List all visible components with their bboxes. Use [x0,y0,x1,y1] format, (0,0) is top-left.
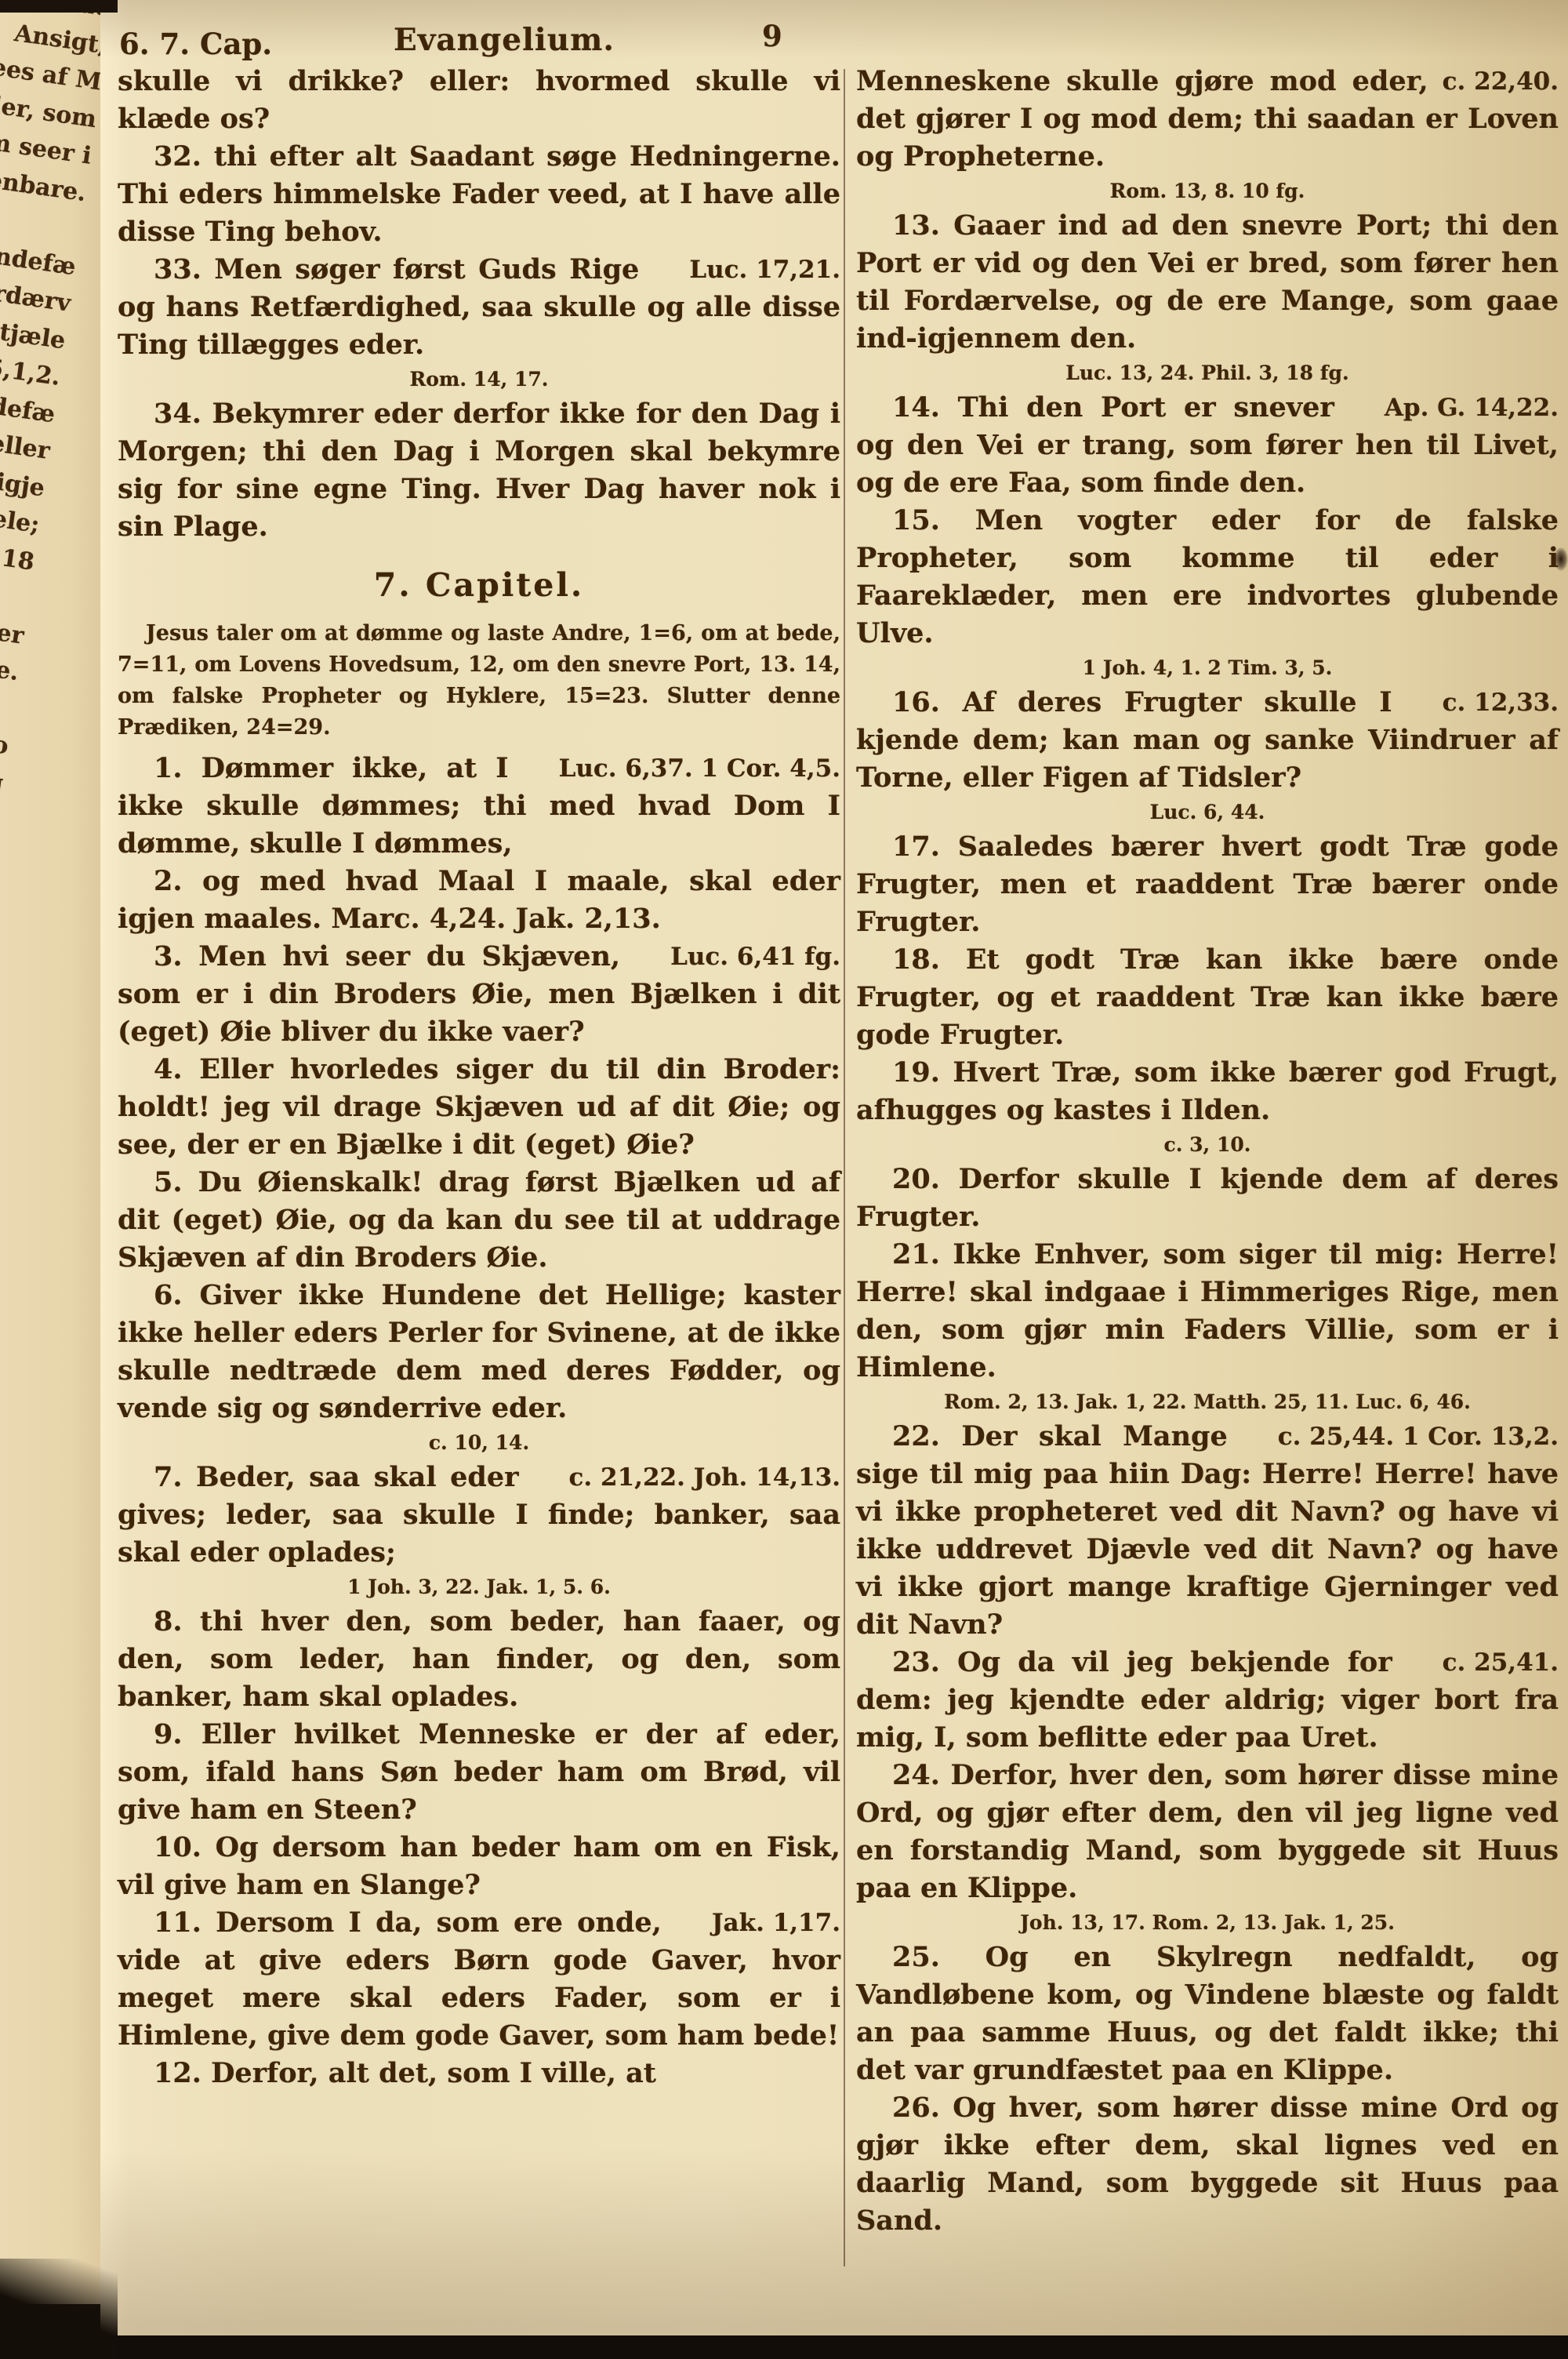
photo-edge-shadow-top [0,0,118,13]
photo-edge-shadow-bottom [0,2259,118,2359]
book-page-photo: er duAnsigt,ikke sees af Mdin Fader, som… [0,0,1568,2359]
verse-paragraph: 19. Hvert Træ, som ikke bærer god Frugt,… [856,1054,1559,1129]
verse-paragraph: c. 25,41.23. Og da vil jeg bekjende for … [856,1644,1559,1757]
reference-line: Luc. 6, 44. [856,797,1559,828]
gutter-fragment-text: er duAnsigt,ikke sees af Mdin Fader, som… [0,11,114,2204]
verse-paragraph: skulle vi drikke? eller: hvormed skulle … [118,63,840,138]
reference-line: 1 Joh. 4, 1. 2 Tim. 3, 5. [856,652,1559,684]
verse-paragraph: Luc. 17,21.33. Men søger først Guds Rige… [118,251,840,364]
verse-paragraph: Luc. 6,37. 1 Cor. 4,5.1. Dømmer ikke, at… [118,750,840,863]
reference-line: Rom. 14, 17. [118,364,840,395]
verse-reference: Ap. G. 14,22. [1348,389,1559,427]
verse-paragraph: 34. Bekymrer eder derfor ikke for den Da… [118,395,840,546]
verse-paragraph: 17. Saaledes bærer hvert godt Træ gode F… [856,828,1559,941]
verse-paragraph: 24. Derfor, hver den, som hører disse mi… [856,1757,1559,1907]
verse-paragraph: 32. thi efter alt Saadant søge Hedninger… [118,138,840,251]
column-divider-rule [844,69,845,2266]
reference-line: Luc. 13, 24. Phil. 3, 18 fg. [856,358,1559,389]
verse-paragraph: 18. Et godt Træ kan ikke bære onde Frugt… [856,941,1559,1054]
reference-line: Rom. 13, 8. 10 fg. [856,176,1559,207]
verse-paragraph: Ap. G. 14,22.14. Thi den Port er snever … [856,389,1559,502]
chapter-summary: Jesus taler om at dømme og laste Andre, … [118,618,840,743]
verse-reference: c. 21,22. Joh. 14,13. [533,1459,840,1496]
verse-paragraph: 9. Eller hvilket Menneske er der af eder… [118,1716,840,1829]
verse-paragraph: 10. Og dersom han beder ham om en Fisk, … [118,1829,840,1904]
verse-reference: c. 25,44. 1 Cor. 13,2. [1242,1418,1559,1456]
verse-reference: c. 22,40. [1443,63,1559,100]
verse-paragraph: c. 12,33.16. Af deres Frugter skulle I k… [856,684,1559,797]
running-head-title: Evangelium. [394,22,615,58]
reference-line: c. 10, 14. [118,1427,840,1459]
verse-reference: Luc. 17,21. [653,251,840,289]
reference-line: Joh. 13, 17. Rom. 2, 13. Jak. 1, 25. [856,1907,1559,1939]
verse-paragraph: 6. Giver ikke Hundene det Hellige; kaste… [118,1277,840,1427]
verse-paragraph: c. 25,44. 1 Cor. 13,2.22. Der skal Mange… [856,1418,1559,1644]
verse-reference: c. 25,41. [1406,1644,1559,1681]
verse-paragraph: c. 22,40.Menneskene skulle gjøre mod ede… [856,63,1559,176]
verse-paragraph: 15. Men vogter eder for de falske Prophe… [856,502,1559,652]
text-column-left: skulle vi drikke? eller: hvormed skulle … [118,63,840,2092]
reference-line: 1 Joh. 3, 22. Jak. 1, 5. 6. [118,1572,840,1603]
verse-paragraph: Jak. 1,17.11. Dersom I da, som ere onde,… [118,1904,840,2055]
running-head-chapter: 6. 7. Cap. [119,27,272,61]
text-column-right: c. 22,40.Menneskene skulle gjøre mod ede… [856,63,1559,2240]
verse-paragraph: 26. Og hver, som hører disse mine Ord og… [856,2089,1559,2240]
page-edge-mark [1554,547,1568,571]
verse-paragraph: 20. Derfor skulle I kjende dem af deres … [856,1161,1559,1236]
chapter-heading: 7. Capitel. [118,566,840,604]
verse-paragraph: 8. thi hver den, som beder, han faaer, o… [118,1603,840,1716]
verse-reference: Luc. 6,37. 1 Cor. 4,5. [523,750,840,787]
verse-reference: Luc. 6,41 fg. [634,938,840,976]
verse-paragraph: Luc. 6,41 fg.3. Men hvi seer du Skjæven,… [118,938,840,1051]
reference-line: Rom. 2, 13. Jak. 1, 22. Matth. 25, 11. L… [856,1387,1559,1418]
verse-paragraph: 4. Eller hvorledes siger du til din Brod… [118,1051,840,1164]
verse-reference: Jak. 1,17. [676,1904,840,1942]
page-number: 9 [762,19,782,53]
verse-reference: c. 12,33. [1406,684,1559,722]
verse-paragraph: 13. Gaaer ind ad den snevre Port; thi de… [856,207,1559,358]
verse-paragraph: 21. Ikke Enhver, som siger til mig: Herr… [856,1236,1559,1387]
verse-paragraph: c. 21,22. Joh. 14,13.7. Beder, saa skal … [118,1459,840,1572]
verse-paragraph: 5. Du Øienskalk! drag først Bjælken ud a… [118,1164,840,1277]
verse-paragraph: 12. Derfor, alt det, som I ville, at [118,2055,840,2092]
verse-paragraph: 25. Og en Skylregn nedfaldt, og Vandløbe… [856,1939,1559,2089]
verse-paragraph: 2. og med hvad Maal I maale, skal eder i… [118,863,840,938]
reference-line: c. 3, 10. [856,1129,1559,1161]
